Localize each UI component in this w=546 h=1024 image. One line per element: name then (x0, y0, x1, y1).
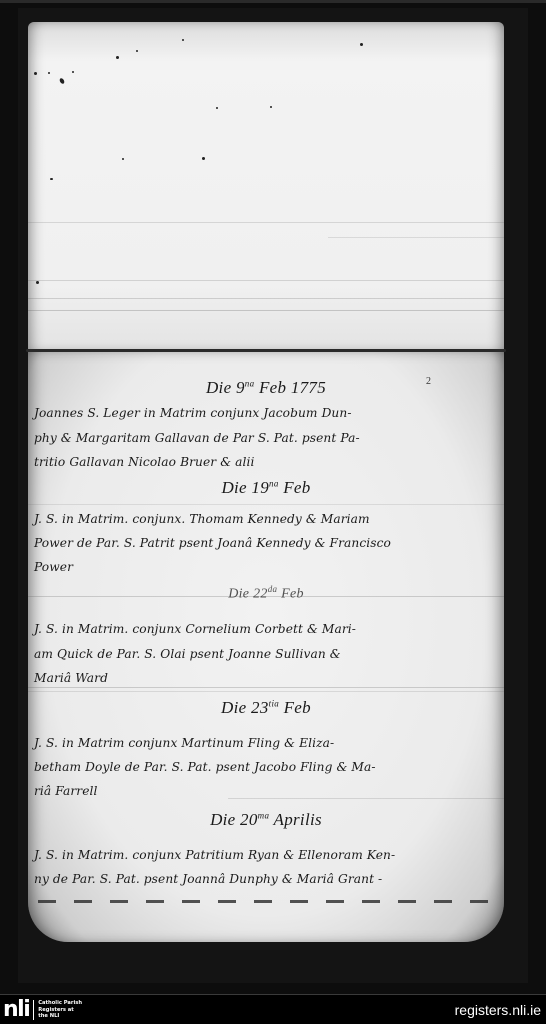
ink-speck (72, 71, 74, 73)
entry-text-line: J. S. in Matrim. conjunx Cornelium Corbe… (34, 622, 500, 636)
entry-text-line: phy & Margaritam Gallavan de Par S. Pat.… (34, 431, 500, 445)
entry-date: Die 20ma Aprilis (28, 810, 504, 830)
entry-text-line: J. S. in Matrim. conjunx. Thomam Kennedy… (34, 512, 500, 526)
nli-logo[interactable]: nli Catholic Parish Registers at the NLI (3, 999, 82, 1021)
ink-speck (59, 77, 65, 84)
ruled-line (228, 798, 504, 799)
entry-text-line: riâ Farrell (34, 784, 500, 798)
ink-speck (50, 178, 53, 180)
top-border (0, 0, 546, 3)
nli-logo-mark: nli (3, 999, 29, 1021)
entry-text-line: Power de Par. S. Patrit psent Joanâ Kenn… (34, 536, 500, 550)
ink-speck (34, 72, 37, 75)
ink-speck (202, 157, 205, 160)
ink-speck (122, 158, 124, 160)
entry-text-line: Power (34, 560, 500, 574)
ink-speck (182, 39, 184, 41)
image-viewer: 2 Die 9na Feb 1775 Joannes S. Leger in M… (0, 0, 546, 994)
ink-speck (36, 281, 39, 284)
ink-speck (360, 43, 363, 46)
entry-text-line: am Quick de Par. S. Olai psent Joanne Su… (34, 647, 500, 661)
entry-date: Die 23tia Feb (28, 698, 504, 718)
entry-text-line: Joannes S. Leger in Matrim conjunx Jacob… (34, 406, 500, 420)
ruled-line (28, 687, 504, 688)
ink-speck (270, 106, 272, 108)
register-page: 2 Die 9na Feb 1775 Joannes S. Leger in M… (28, 352, 504, 942)
upper-page-blank (28, 22, 504, 352)
entry-text-line: J. S. in Matrim. conjunx Patritium Ryan … (34, 848, 500, 862)
entry-date: Die 9na Feb 1775 (28, 378, 504, 398)
ruled-line (28, 691, 504, 692)
ruled-line (28, 280, 504, 281)
entry-date: Die 22da Feb (28, 584, 504, 603)
ink-speck (48, 72, 50, 74)
footer-bar: nli Catholic Parish Registers at the NLI… (0, 994, 546, 1024)
entry-date: Die 19na Feb (28, 478, 504, 498)
entry-text-line: tritio Gallavan Nicolao Bruer & alii (34, 455, 500, 469)
ruled-line (28, 310, 504, 311)
ink-speck (216, 107, 218, 109)
site-link[interactable]: registers.nli.ie (455, 1002, 541, 1018)
ruled-line (28, 298, 504, 299)
ruled-line (328, 237, 504, 238)
entry-text-line: J. S. in Matrim conjunx Martinum Fling &… (34, 736, 500, 750)
ruled-line (28, 504, 504, 505)
end-of-entries-dashes (38, 900, 494, 903)
entry-text-line: ny de Par. S. Pat. psent Joannâ Dunphy &… (34, 872, 500, 886)
ruled-line (28, 222, 504, 223)
logo-separator (33, 1000, 34, 1020)
ink-speck (116, 56, 119, 59)
entry-text-line: betham Doyle de Par. S. Pat. psent Jacob… (34, 760, 500, 774)
nli-logo-text: Catholic Parish Registers at the NLI (38, 1000, 82, 1019)
entry-text-line: Mariâ Ward (34, 671, 500, 685)
ink-speck (136, 50, 138, 52)
